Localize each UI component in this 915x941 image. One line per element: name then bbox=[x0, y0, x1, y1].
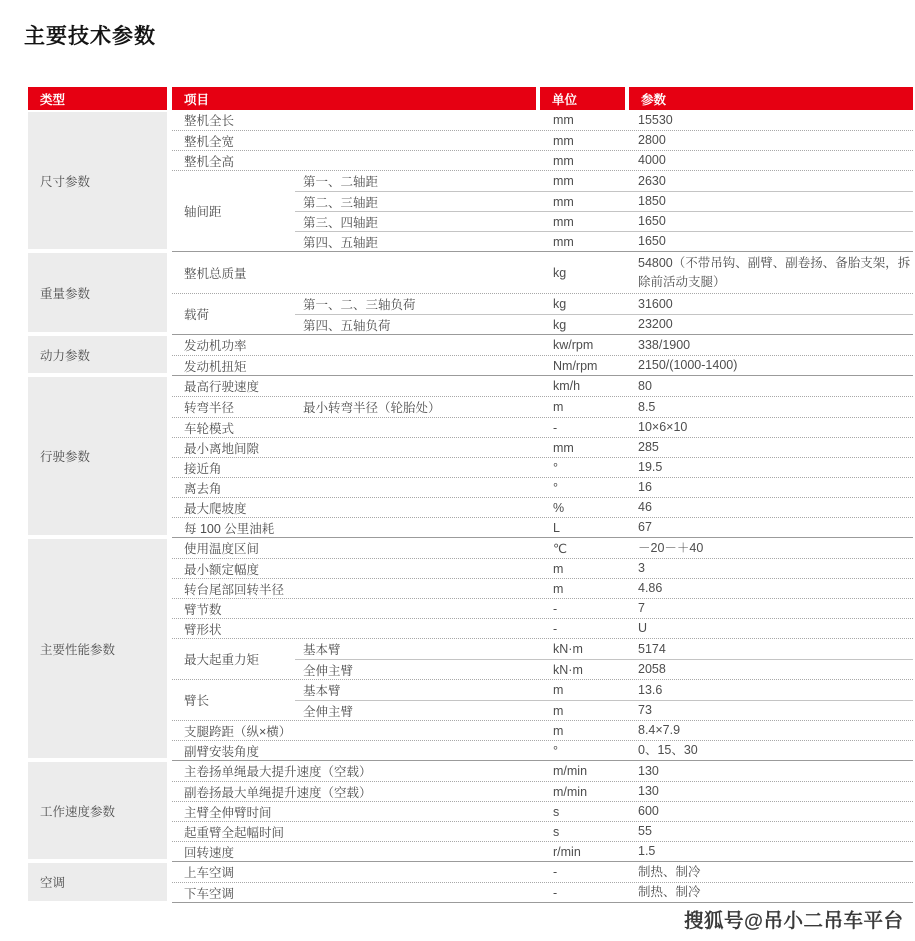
category-cell: 重量参数 bbox=[28, 251, 167, 334]
item-cell: 载荷 bbox=[172, 294, 295, 334]
value-cell: 10×6×10 bbox=[629, 418, 913, 437]
value-cell: 16 bbox=[629, 478, 913, 497]
subrows: 最小转弯半径（轮胎处）m8.5 bbox=[295, 397, 913, 417]
unit-cell: kg bbox=[540, 266, 629, 280]
table-group: 行驶参数最高行驶速度km/h80转弯半径最小转弯半径（轮胎处）m8.5车轮模式-… bbox=[28, 375, 913, 537]
value-cell: 1850 bbox=[629, 192, 913, 211]
value-cell: 2800 bbox=[629, 131, 913, 150]
item-cell: 轴间距 bbox=[172, 171, 295, 251]
unit-cell: L bbox=[540, 521, 629, 535]
value-cell: 31600 bbox=[629, 295, 913, 314]
value-cell: 73 bbox=[629, 701, 913, 720]
subitem-cell: 全伸主臂 bbox=[295, 661, 540, 679]
category-label: 重量参数 bbox=[28, 253, 167, 332]
subitem-cell: 第一、二轴距 bbox=[295, 172, 540, 190]
unit-cell: mm bbox=[540, 174, 629, 188]
group-rows: 上车空调-制热、制冷下车空调-制热、制冷 bbox=[172, 861, 913, 903]
table-row-group: 臂长基本臂m13.6全伸主臂m73 bbox=[172, 679, 913, 720]
table-subrow: 第一、二轴距mm2630 bbox=[295, 171, 913, 191]
subitem-cell: 第四、五轴距 bbox=[295, 233, 540, 251]
header-value: 参数 bbox=[629, 87, 913, 110]
table-subrow: 第一、二、三轴负荷kg31600 bbox=[295, 294, 913, 314]
value-cell: 8.4×7.9 bbox=[629, 721, 913, 740]
item-cell: 发动机功率 bbox=[172, 336, 540, 354]
value-cell: 338/1900 bbox=[629, 336, 913, 355]
value-cell: 1650 bbox=[629, 232, 913, 251]
unit-cell: kN·m bbox=[540, 642, 629, 656]
unit-cell: ° bbox=[540, 744, 629, 758]
table-row: 臂节数-7 bbox=[172, 598, 913, 618]
item-cell: 起重臂全起幅时间 bbox=[172, 823, 540, 841]
unit-cell: m bbox=[540, 400, 629, 414]
value-cell: 285 bbox=[629, 438, 913, 457]
value-cell: 0、15、30 bbox=[629, 741, 913, 760]
subitem-cell: 基本臂 bbox=[295, 681, 540, 699]
table-row: 副卷扬最大单绳提升速度（空载）m/min130 bbox=[172, 781, 913, 801]
table-row-group: 转弯半径最小转弯半径（轮胎处）m8.5 bbox=[172, 396, 913, 417]
item-cell: 主臂全伸臂时间 bbox=[172, 803, 540, 821]
unit-cell: mm bbox=[540, 195, 629, 209]
page-title: 主要技术参数 bbox=[24, 20, 156, 50]
unit-cell: mm bbox=[540, 134, 629, 148]
category-cell: 工作速度参数 bbox=[28, 760, 167, 861]
item-cell: 使用温度区间 bbox=[172, 539, 540, 557]
unit-cell: mm bbox=[540, 441, 629, 455]
category-label: 动力参数 bbox=[28, 336, 167, 373]
table-row-group: 载荷第一、二、三轴负荷kg31600第四、五轴负荷kg23200 bbox=[172, 293, 913, 334]
table-body: 尺寸参数整机全长mm15530整机全宽mm2800整机全高mm4000轴间距第一… bbox=[28, 110, 913, 903]
item-cell: 整机全长 bbox=[172, 111, 540, 129]
item-cell: 最小离地间隙 bbox=[172, 439, 540, 457]
table-subrow: 第二、三轴距mm1850 bbox=[295, 191, 913, 211]
unit-cell: mm bbox=[540, 154, 629, 168]
value-cell: 2630 bbox=[629, 172, 913, 191]
unit-cell: - bbox=[540, 886, 629, 900]
page: 主要技术参数 类型 项目 单位 参数 尺寸参数整机全长mm15530整机全宽mm… bbox=[0, 0, 915, 941]
value-cell: 23200 bbox=[629, 315, 913, 334]
group-rows: 使用温度区间℃－20－＋40最小额定幅度m3转台尾部回转半径m4.86臂节数-7… bbox=[172, 537, 913, 760]
value-cell: 制热、制冷 bbox=[629, 883, 913, 902]
table-group: 工作速度参数主卷扬单绳最大提升速度（空载）m/min130副卷扬最大单绳提升速度… bbox=[28, 760, 913, 861]
table-row: 整机全高mm4000 bbox=[172, 150, 913, 170]
subrows: 基本臂kN·m5174全伸主臂kN·m2058 bbox=[295, 639, 913, 679]
unit-cell: m bbox=[540, 724, 629, 738]
table-subrow: 最小转弯半径（轮胎处）m8.5 bbox=[295, 397, 913, 417]
table-row: 发动机功率kw/rpm338/1900 bbox=[172, 335, 913, 355]
table-row: 整机全宽mm2800 bbox=[172, 130, 913, 150]
subrows: 第一、二、三轴负荷kg31600第四、五轴负荷kg23200 bbox=[295, 294, 913, 334]
subitem-cell: 基本臂 bbox=[295, 640, 540, 658]
unit-cell: - bbox=[540, 865, 629, 879]
table-row: 离去角°16 bbox=[172, 477, 913, 497]
item-cell: 发动机扭矩 bbox=[172, 357, 540, 375]
value-cell: 600 bbox=[629, 802, 913, 821]
item-cell: 接近角 bbox=[172, 459, 540, 477]
value-cell: 55 bbox=[629, 822, 913, 841]
table-row: 最高行驶速度km/h80 bbox=[172, 376, 913, 396]
unit-cell: m/min bbox=[540, 764, 629, 778]
table-subrow: 全伸主臂kN·m2058 bbox=[295, 659, 913, 679]
header-item: 项目 bbox=[172, 87, 536, 110]
table-row: 最小额定幅度m3 bbox=[172, 558, 913, 578]
table-row: 下车空调-制热、制冷 bbox=[172, 882, 913, 902]
item-cell: 下车空调 bbox=[172, 884, 540, 902]
unit-cell: s bbox=[540, 825, 629, 839]
table-row: 起重臂全起幅时间s55 bbox=[172, 821, 913, 841]
unit-cell: m/min bbox=[540, 785, 629, 799]
category-label: 主要性能参数 bbox=[28, 539, 167, 758]
unit-cell: kw/rpm bbox=[540, 338, 629, 352]
subrows: 基本臂m13.6全伸主臂m73 bbox=[295, 680, 913, 720]
value-cell: 54800（不带吊钩、副臂、副卷扬、备胎支架，拆除前活动支腿） bbox=[629, 254, 913, 292]
table-row: 使用温度区间℃－20－＋40 bbox=[172, 538, 913, 558]
group-rows: 主卷扬单绳最大提升速度（空载）m/min130副卷扬最大单绳提升速度（空载）m/… bbox=[172, 760, 913, 861]
table-subrow: 全伸主臂m73 bbox=[295, 700, 913, 720]
group-rows: 发动机功率kw/rpm338/1900发动机扭矩Nm/rpm2150/(1000… bbox=[172, 334, 913, 375]
table-row: 主臂全伸臂时间s600 bbox=[172, 801, 913, 821]
item-cell: 整机全宽 bbox=[172, 132, 540, 150]
subitem-cell: 第四、五轴负荷 bbox=[295, 316, 540, 334]
table-group: 空调上车空调-制热、制冷下车空调-制热、制冷 bbox=[28, 861, 913, 903]
table-row: 每 100 公里油耗L67 bbox=[172, 517, 913, 537]
value-cell: 4.86 bbox=[629, 579, 913, 598]
table-row: 转台尾部回转半径m4.86 bbox=[172, 578, 913, 598]
watermark: 搜狐号@吊小二吊车平台 bbox=[684, 905, 904, 933]
item-cell: 臂形状 bbox=[172, 620, 540, 638]
category-cell: 尺寸参数 bbox=[28, 110, 167, 251]
subrows: 第一、二轴距mm2630第二、三轴距mm1850第三、四轴距mm1650第四、五… bbox=[295, 171, 913, 251]
category-label: 尺寸参数 bbox=[28, 112, 167, 249]
value-cell: 46 bbox=[629, 498, 913, 517]
unit-cell: - bbox=[540, 622, 629, 636]
value-cell: 13.6 bbox=[629, 681, 913, 700]
header-type: 类型 bbox=[28, 87, 167, 110]
item-cell: 车轮模式 bbox=[172, 419, 540, 437]
item-cell: 副臂安装角度 bbox=[172, 742, 540, 760]
unit-cell: m bbox=[540, 683, 629, 697]
item-cell: 最小额定幅度 bbox=[172, 560, 540, 578]
table-group: 动力参数发动机功率kw/rpm338/1900发动机扭矩Nm/rpm2150/(… bbox=[28, 334, 913, 375]
item-cell: 最高行驶速度 bbox=[172, 377, 540, 395]
value-cell: 130 bbox=[629, 762, 913, 781]
category-cell: 主要性能参数 bbox=[28, 537, 167, 760]
item-cell: 最大起重力矩 bbox=[172, 639, 295, 679]
unit-cell: kg bbox=[540, 297, 629, 311]
unit-cell: m bbox=[540, 562, 629, 576]
unit-cell: kg bbox=[540, 318, 629, 332]
table-row: 回转速度r/min1.5 bbox=[172, 841, 913, 861]
item-cell: 转台尾部回转半径 bbox=[172, 580, 540, 598]
unit-cell: % bbox=[540, 501, 629, 515]
unit-cell: Nm/rpm bbox=[540, 359, 629, 373]
item-cell: 整机全高 bbox=[172, 152, 540, 170]
item-cell: 离去角 bbox=[172, 479, 540, 497]
table-group: 主要性能参数使用温度区间℃－20－＋40最小额定幅度m3转台尾部回转半径m4.8… bbox=[28, 537, 913, 760]
item-cell: 整机总质量 bbox=[172, 264, 540, 282]
table-subrow: 基本臂kN·m5174 bbox=[295, 639, 913, 659]
item-cell: 臂长 bbox=[172, 680, 295, 720]
table-row: 发动机扭矩Nm/rpm2150/(1000-1400) bbox=[172, 355, 913, 375]
value-cell: 3 bbox=[629, 559, 913, 578]
unit-cell: ° bbox=[540, 461, 629, 475]
value-cell: 8.5 bbox=[629, 398, 913, 417]
category-cell: 空调 bbox=[28, 861, 167, 903]
value-cell: 1.5 bbox=[629, 842, 913, 861]
subitem-cell: 第一、二、三轴负荷 bbox=[295, 295, 540, 313]
value-cell: 15530 bbox=[629, 111, 913, 130]
value-cell: 19.5 bbox=[629, 458, 913, 477]
table-subrow: 第三、四轴距mm1650 bbox=[295, 211, 913, 231]
unit-cell: ° bbox=[540, 481, 629, 495]
unit-cell: r/min bbox=[540, 845, 629, 859]
table-row: 整机总质量kg54800（不带吊钩、副臂、副卷扬、备胎支架，拆除前活动支腿） bbox=[172, 252, 913, 293]
header-unit: 单位 bbox=[540, 87, 625, 110]
unit-cell: m bbox=[540, 704, 629, 718]
table-row: 整机全长mm15530 bbox=[172, 110, 913, 130]
unit-cell: - bbox=[540, 421, 629, 435]
table-row-group: 最大起重力矩基本臂kN·m5174全伸主臂kN·m2058 bbox=[172, 638, 913, 679]
value-cell: 67 bbox=[629, 518, 913, 537]
item-cell: 臂节数 bbox=[172, 600, 540, 618]
subitem-cell: 第三、四轴距 bbox=[295, 213, 540, 231]
unit-cell: mm bbox=[540, 235, 629, 249]
unit-cell: kN·m bbox=[540, 663, 629, 677]
subitem-cell: 第二、三轴距 bbox=[295, 193, 540, 211]
value-cell: 80 bbox=[629, 377, 913, 396]
item-cell: 主卷扬单绳最大提升速度（空载） bbox=[172, 762, 540, 780]
item-cell: 回转速度 bbox=[172, 843, 540, 861]
table-row: 车轮模式-10×6×10 bbox=[172, 417, 913, 437]
unit-cell: - bbox=[540, 602, 629, 616]
category-cell: 动力参数 bbox=[28, 334, 167, 375]
category-label: 行驶参数 bbox=[28, 377, 167, 535]
value-cell: U bbox=[629, 619, 913, 638]
unit-cell: mm bbox=[540, 215, 629, 229]
unit-cell: ℃ bbox=[540, 541, 629, 556]
group-rows: 最高行驶速度km/h80转弯半径最小转弯半径（轮胎处）m8.5车轮模式-10×6… bbox=[172, 375, 913, 537]
group-rows: 整机总质量kg54800（不带吊钩、副臂、副卷扬、备胎支架，拆除前活动支腿）载荷… bbox=[172, 251, 913, 334]
value-cell: 5174 bbox=[629, 640, 913, 659]
table-subrow: 第四、五轴负荷kg23200 bbox=[295, 314, 913, 334]
table-row-group: 轴间距第一、二轴距mm2630第二、三轴距mm1850第三、四轴距mm1650第… bbox=[172, 170, 913, 251]
unit-cell: km/h bbox=[540, 379, 629, 393]
unit-cell: mm bbox=[540, 113, 629, 127]
value-cell: 制热、制冷 bbox=[629, 863, 913, 882]
table-row: 主卷扬单绳最大提升速度（空载）m/min130 bbox=[172, 761, 913, 781]
table-header-row: 类型 项目 单位 参数 bbox=[28, 87, 913, 110]
subitem-cell: 全伸主臂 bbox=[295, 702, 540, 720]
item-cell: 每 100 公里油耗 bbox=[172, 519, 540, 537]
table-subrow: 第四、五轴距mm1650 bbox=[295, 231, 913, 251]
item-cell: 最大爬坡度 bbox=[172, 499, 540, 517]
table-row: 臂形状-U bbox=[172, 618, 913, 638]
unit-cell: m bbox=[540, 582, 629, 596]
item-cell: 副卷扬最大单绳提升速度（空载） bbox=[172, 783, 540, 801]
value-cell: 7 bbox=[629, 599, 913, 618]
value-cell: －20－＋40 bbox=[629, 539, 913, 558]
value-cell: 1650 bbox=[629, 212, 913, 231]
value-cell: 2150/(1000-1400) bbox=[629, 356, 913, 375]
category-label: 空调 bbox=[28, 863, 167, 901]
table-group: 尺寸参数整机全长mm15530整机全宽mm2800整机全高mm4000轴间距第一… bbox=[28, 110, 913, 251]
group-rows: 整机全长mm15530整机全宽mm2800整机全高mm4000轴间距第一、二轴距… bbox=[172, 110, 913, 251]
category-label: 工作速度参数 bbox=[28, 762, 167, 859]
table-row: 上车空调-制热、制冷 bbox=[172, 862, 913, 882]
value-cell: 4000 bbox=[629, 151, 913, 170]
table-row: 支腿跨距（纵×横）m8.4×7.9 bbox=[172, 720, 913, 740]
category-cell: 行驶参数 bbox=[28, 375, 167, 537]
item-cell: 支腿跨距（纵×横） bbox=[172, 722, 540, 740]
table-row: 最大爬坡度%46 bbox=[172, 497, 913, 517]
table-group: 重量参数整机总质量kg54800（不带吊钩、副臂、副卷扬、备胎支架，拆除前活动支… bbox=[28, 251, 913, 334]
table-row: 副臂安装角度°0、15、30 bbox=[172, 740, 913, 760]
spec-table: 类型 项目 单位 参数 尺寸参数整机全长mm15530整机全宽mm2800整机全… bbox=[28, 87, 913, 903]
unit-cell: s bbox=[540, 805, 629, 819]
table-row: 接近角°19.5 bbox=[172, 457, 913, 477]
subitem-cell: 最小转弯半径（轮胎处） bbox=[295, 398, 540, 416]
value-cell: 130 bbox=[629, 782, 913, 801]
item-cell: 转弯半径 bbox=[172, 397, 295, 417]
table-subrow: 基本臂m13.6 bbox=[295, 680, 913, 700]
value-cell: 2058 bbox=[629, 660, 913, 679]
table-row: 最小离地间隙mm285 bbox=[172, 437, 913, 457]
item-cell: 上车空调 bbox=[172, 863, 540, 881]
